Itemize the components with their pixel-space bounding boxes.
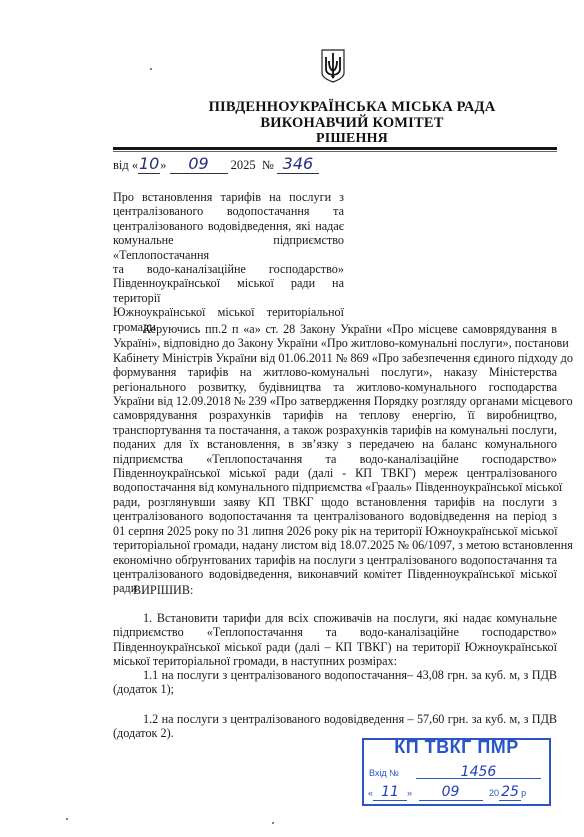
preamble-line: поданих для їх встановлення, в зв’язку з… bbox=[113, 437, 557, 451]
scan-speck bbox=[272, 822, 274, 824]
subject-line: Південноукраїнської міської ради на тери… bbox=[113, 276, 344, 305]
preamble-line: територіальної громади, надану листом ві… bbox=[113, 538, 557, 552]
scan-speck bbox=[150, 68, 152, 70]
stamp-date-row: «11» 09 2025р bbox=[368, 784, 546, 800]
preamble-line: формування тарифів на житлово-комунальні… bbox=[113, 365, 557, 379]
incoming-registration-stamp: КП ТВКГ ПМР Вхід № 1456 «11» 09 2025р bbox=[362, 738, 551, 806]
tariff-annex: (додаток 1); bbox=[113, 682, 557, 696]
subject-line: та водо-каналізаційне господарство» bbox=[113, 262, 344, 276]
date-prefix: від bbox=[113, 158, 129, 172]
subject-line: централізованого водовідведення, які над… bbox=[113, 219, 344, 233]
ukraine-trident-emblem-icon bbox=[321, 49, 345, 83]
subject-line: централізованого водопостачання та bbox=[113, 204, 344, 218]
number-label: № bbox=[262, 158, 274, 172]
item-1-line: 1. Встановити тарифи для всіх споживачів… bbox=[113, 611, 557, 625]
preamble-line: України від 12.09.2018 № 239 «Про затвер… bbox=[113, 394, 557, 408]
preamble-line: водопостачання від комунального підприєм… bbox=[113, 480, 557, 494]
date-year: 2025 bbox=[231, 158, 256, 172]
decided-heading: ВИРІШИВ: bbox=[113, 583, 557, 597]
tariff-service: на послуги з централізованого водовідвед… bbox=[162, 712, 414, 726]
header-rule-thin bbox=[113, 151, 557, 152]
subject-line: Южноукраїнської міської територіальної bbox=[113, 305, 344, 319]
preamble-line: самоврядування розрахунків тарифів на те… bbox=[113, 408, 557, 422]
tariff-item-1-1: 1.1 на послуги з централізованого водопо… bbox=[113, 668, 557, 697]
tariff-line: 1.2 на послуги з централізованого водові… bbox=[113, 712, 557, 726]
tariff-service: на послуги з централізованого водопостач… bbox=[162, 668, 413, 682]
decision-dateline: від «10» 09 2025 № 346 bbox=[113, 154, 319, 174]
date-day: 10 bbox=[138, 154, 160, 174]
stamp-day: 11 bbox=[373, 784, 407, 801]
preamble-line: Південноукраїнської міської ради (далі -… bbox=[113, 466, 557, 480]
stamp-year-mark: р bbox=[521, 788, 526, 798]
tariff-line: 1.1 на послуги з централізованого водопо… bbox=[113, 668, 557, 682]
decision-subject: Про встановлення тарифів на послуги з це… bbox=[113, 190, 344, 334]
stamp-org: КП ТВКГ ПМР bbox=[364, 737, 549, 758]
preamble-line: регіонального розвитку, будівництва та ж… bbox=[113, 380, 557, 394]
stamp-year-suffix: 25 bbox=[499, 784, 521, 801]
stamp-month: 09 bbox=[419, 784, 483, 801]
council-name: ПІВДЕННОУКРАЇНСЬКА МІСЬКА РАДА bbox=[60, 99, 584, 116]
preamble-line: Кабінету Міністрів України від 01.06.201… bbox=[113, 351, 557, 365]
preamble-line: централізованого водопостачання та центр… bbox=[113, 509, 557, 523]
tariff-price: 57,60 bbox=[417, 712, 444, 726]
item-1-line: Південноукраїнської міської ради (далі –… bbox=[113, 640, 557, 654]
preamble-line: підприємства «Теплопостачання та водо-ка… bbox=[113, 452, 557, 466]
tariff-number: 1.2 bbox=[143, 712, 158, 726]
tariff-price: 43,08 bbox=[416, 668, 443, 682]
tariff-number: 1.1 bbox=[143, 668, 158, 682]
preamble-line: централізованого водовідведення, виконав… bbox=[113, 567, 557, 581]
header-rule bbox=[113, 147, 557, 150]
committee-name: ВИКОНАВЧИЙ КОМІТЕТ bbox=[60, 115, 584, 132]
date-month: 09 bbox=[170, 154, 228, 174]
item-1-line: підприємство «Теплопостачання та водо-ка… bbox=[113, 625, 557, 639]
stamp-incoming-label: Вхід № bbox=[369, 768, 399, 778]
preamble-line: економічно обґрунтованих тарифів на посл… bbox=[113, 553, 557, 567]
tariff-unit: грн. за куб. м, з ПДВ bbox=[448, 712, 557, 726]
preamble-line: ради, розглянувши заяву КП ТВКГ щодо вст… bbox=[113, 495, 557, 509]
preamble-line: Україні», відповідно до Закону України «… bbox=[113, 336, 557, 350]
scan-speck bbox=[66, 818, 68, 820]
document-type: РІШЕННЯ bbox=[60, 131, 584, 147]
item-1-paragraph: 1. Встановити тарифи для всіх споживачів… bbox=[113, 611, 557, 669]
stamp-incoming-number: 1456 bbox=[416, 764, 541, 779]
preamble-paragraph: Керуючись пп.2 п «а» ст. 28 Закону Украї… bbox=[113, 322, 557, 596]
subject-line: Про встановлення тарифів на послуги з bbox=[113, 190, 344, 204]
stamp-year-prefix: 20 bbox=[489, 788, 499, 798]
item-1-line: міської територіальної громади, в наступ… bbox=[113, 654, 557, 668]
subject-line: комунальне підприємство «Теплопостачання bbox=[113, 233, 344, 262]
decision-number: 346 bbox=[277, 154, 319, 174]
tariff-unit: грн. за куб. м, з ПДВ bbox=[447, 668, 557, 682]
preamble-line: 01 серпня 2025 року по 31 липня 2026 рок… bbox=[113, 524, 557, 538]
preamble-line: транспортування та постачання, а також р… bbox=[113, 423, 557, 437]
decided-label: ВИРІШИВ: bbox=[113, 583, 557, 597]
preamble-line: Керуючись пп.2 п «а» ст. 28 Закону Украї… bbox=[113, 322, 557, 336]
